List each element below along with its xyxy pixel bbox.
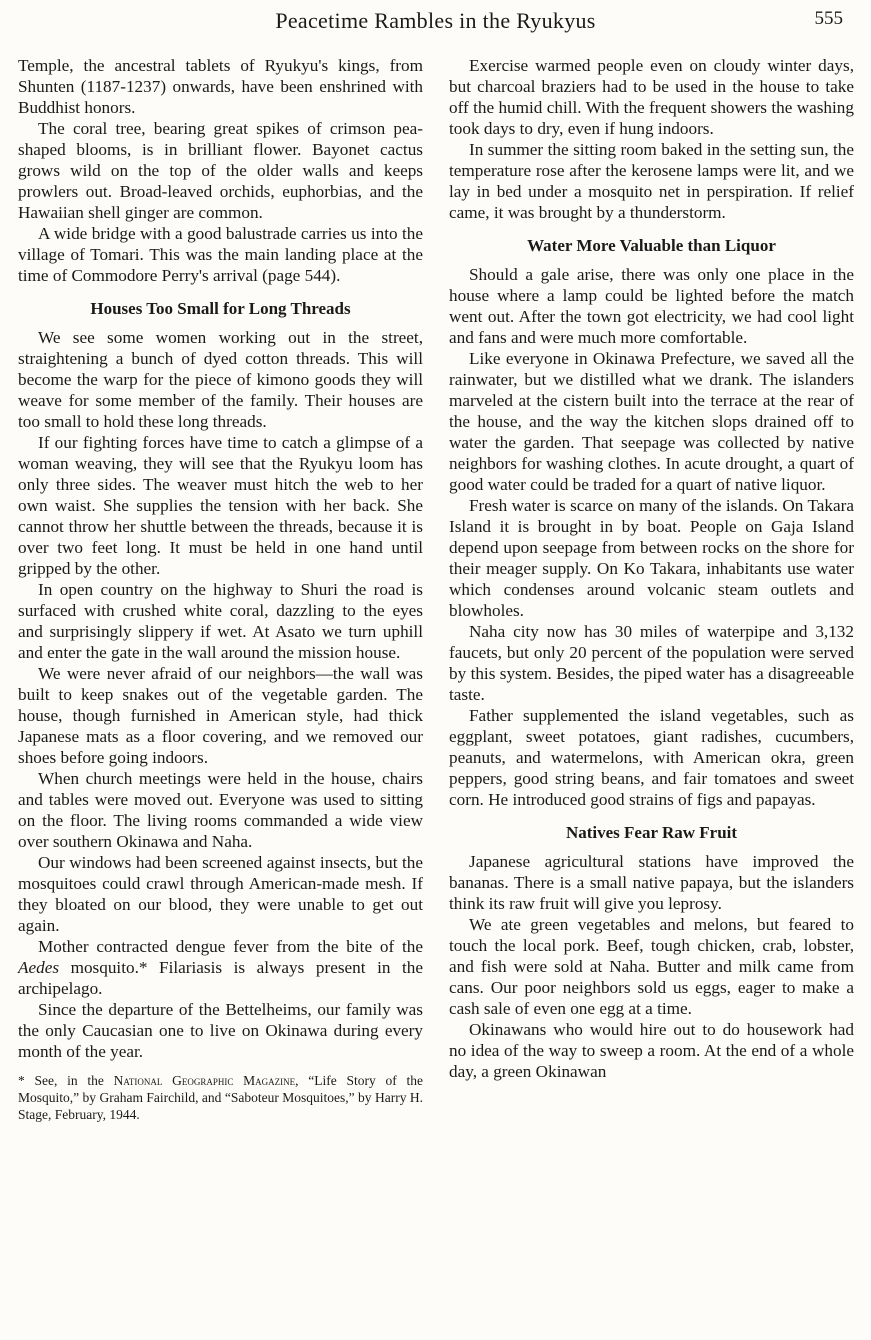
article-body: Temple, the ancestral tablets of Ryukyu'… xyxy=(18,55,854,1123)
text-span: Mother contracted dengue fever from the … xyxy=(38,937,423,956)
paragraph: Since the departure of the Bettelheims, … xyxy=(18,999,423,1062)
left-column: Temple, the ancestral tablets of Ryukyu'… xyxy=(18,55,423,1123)
section-heading: Houses Too Small for Long Threads xyxy=(18,298,423,319)
page-number: 555 xyxy=(815,8,844,30)
paragraph: Japanese agricultural stations have impr… xyxy=(449,851,854,914)
paragraph: In open country on the highway to Shuri … xyxy=(18,579,423,663)
footnote: * See, in the National Geographic Magazi… xyxy=(18,1072,423,1123)
paragraph: Father supplemented the island vegetable… xyxy=(449,705,854,810)
paragraph: We ate green vegetables and melons, but … xyxy=(449,914,854,1019)
paragraph: Like everyone in Okinawa Prefecture, we … xyxy=(449,348,854,495)
text-span: mosquito.* Filariasis is always present … xyxy=(18,958,423,998)
paragraph: Our windows had been screened against in… xyxy=(18,852,423,936)
paragraph: Fresh water is scarce on many of the isl… xyxy=(449,495,854,621)
magazine-title: National Geographic Magazine xyxy=(114,1073,296,1088)
paragraph: The coral tree, bearing great spikes of … xyxy=(18,118,423,223)
paragraph: Temple, the ancestral tablets of Ryukyu'… xyxy=(18,55,423,118)
section-heading: Natives Fear Raw Fruit xyxy=(449,822,854,843)
paragraph: Should a gale arise, there was only one … xyxy=(449,264,854,348)
paragraph: Mother contracted dengue fever from the … xyxy=(18,936,423,999)
paragraph: We see some women working out in the str… xyxy=(18,327,423,432)
running-title: Peacetime Rambles in the Ryukyus xyxy=(0,8,871,34)
footnote-text: * See, in the xyxy=(18,1073,114,1088)
paragraph: When church meetings were held in the ho… xyxy=(18,768,423,852)
right-column: Exercise warmed people even on cloudy wi… xyxy=(449,55,854,1123)
paragraph: In summer the sitting room baked in the … xyxy=(449,139,854,223)
paragraph: We were never afraid of our neighbors—th… xyxy=(18,663,423,768)
section-heading: Water More Valuable than Liquor xyxy=(449,235,854,256)
paragraph: Exercise warmed people even on cloudy wi… xyxy=(449,55,854,139)
paragraph: If our fighting forces have time to catc… xyxy=(18,432,423,579)
species-name: Aedes xyxy=(18,958,59,977)
page-header: Peacetime Rambles in the Ryukyus 555 xyxy=(0,6,871,36)
paragraph: A wide bridge with a good balustrade car… xyxy=(18,223,423,286)
paragraph: Okinawans who would hire out to do house… xyxy=(449,1019,854,1082)
paragraph: Naha city now has 30 miles of waterpipe … xyxy=(449,621,854,705)
